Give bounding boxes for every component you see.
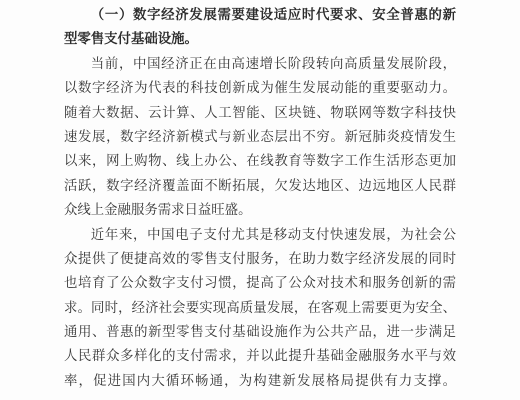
- text-line: 也培育了公众数字支付习惯，提高了公众对技术和服务创新的需: [64, 271, 456, 295]
- text-line: 活跃，数字经济覆盖面不断拓展，欠发达地区、边远地区人民群: [64, 174, 456, 198]
- text-line: 众线上金融服务需求日益旺盛。: [64, 198, 456, 222]
- text-line: 近年来，中国电子支付尤其是移动支付快速发展，为社会公: [64, 223, 456, 247]
- text-line: 型零售支付基础设施。: [64, 27, 456, 51]
- text-line: （一）数字经济发展需要建设适应时代要求、安全普惠的新: [64, 3, 456, 27]
- text-line: 众提供了便捷高效的零售支付服务，在助力数字经济发展的同时: [64, 247, 456, 271]
- text-line: 速发展，数字经济新模式与新业态层出不穷。新冠肺炎疫情发生: [64, 125, 456, 149]
- text-line: 求。同时，经济社会要实现高质量发展，在客观上需要更为安全、: [64, 296, 456, 320]
- text-line: 随着大数据、云计算、人工智能、区块链、物联网等数字科技快: [64, 101, 456, 125]
- text-line: 率，促进国内大循环畅通，为构建新发展格局提供有力支撑。: [64, 369, 456, 393]
- text-line: 人民群众多样化的支付需求，并以此提升基础金融服务水平与效: [64, 344, 456, 368]
- document-page: （一）数字经济发展需要建设适应时代要求、安全普惠的新型零售支付基础设施。当前，中…: [0, 0, 520, 400]
- text-line: 以数字经济为代表的科技创新成为催生发展动能的重要驱动力。: [64, 76, 456, 100]
- document-body: （一）数字经济发展需要建设适应时代要求、安全普惠的新型零售支付基础设施。当前，中…: [64, 3, 456, 393]
- text-line: 当前，中国经济正在由高速增长阶段转向高质量发展阶段，: [64, 52, 456, 76]
- text-line: 通用、普惠的新型零售支付基础设施作为公共产品，进一步满足: [64, 320, 456, 344]
- text-line: 以来，网上购物、线上办公、在线教育等数字工作生活形态更加: [64, 149, 456, 173]
